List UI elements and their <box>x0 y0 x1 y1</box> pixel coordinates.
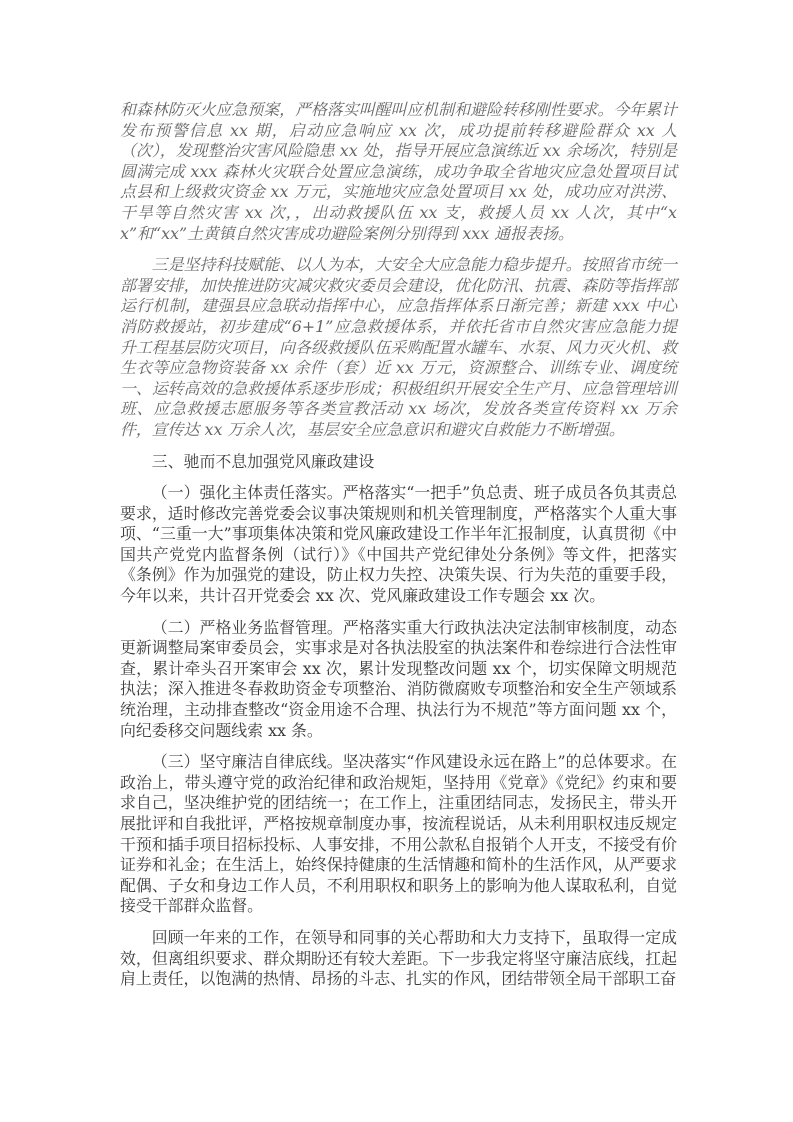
paragraph-primary-responsibility: （一）强化主体责任落实。严格落实“一把手”负总责、班子成员各负其责总要求，适时修… <box>120 483 677 607</box>
paragraph-integrity-self-discipline: （三）坚守廉洁自律底线。坚决落实“作风建设永远在路上”的总体要求。在政治上，带头… <box>120 752 677 917</box>
document-body: 和森林防灭火应急预案，严格落实叫醒叫应机制和避险转移刚性要求。今年累计发布预警信… <box>120 100 677 990</box>
paragraph-business-supervision: （二）严格业务监督管理。严格落实重大行政执法决定法制审核制度，动态更新调整局案审… <box>120 618 677 742</box>
section-heading-party-conduct: 三、驰而不息加强党风廉政建设 <box>120 452 677 473</box>
paragraph-tech-empowerment: 三是坚持科技赋能、以人为本，大安全大应急能力稳步提升。按照省市统一部署安排，加快… <box>120 255 677 440</box>
document-page: 和森林防灭火应急预案，严格落实叫醒叫应机制和避险转移刚性要求。今年累计发布预警信… <box>0 0 793 1122</box>
paragraph-year-review-closing: 回顾一年来的工作，在领导和同事的关心帮助和大力支持下，虽取得一定成效，但离组织要… <box>120 928 677 990</box>
paragraph-disaster-response-continued: 和森林防灭火应急预案，严格落实叫醒叫应机制和避险转移刚性要求。今年累计发布预警信… <box>120 100 677 244</box>
